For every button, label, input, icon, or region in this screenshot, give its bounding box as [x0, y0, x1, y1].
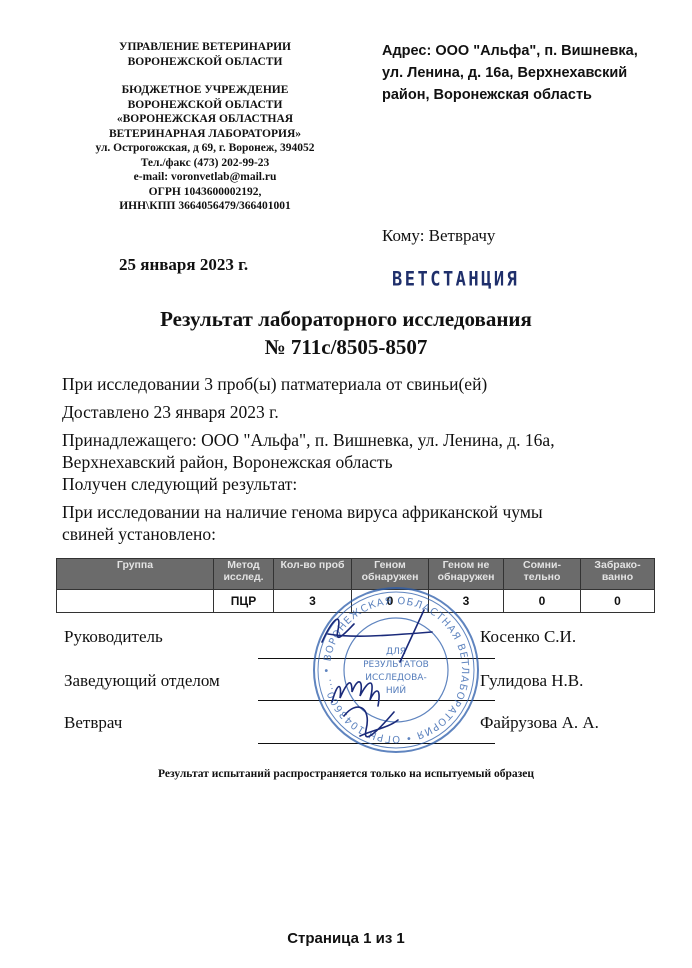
table-cell: 0: [581, 590, 655, 613]
table-cell: 0: [504, 590, 581, 613]
table-cell: ПЦР: [214, 590, 274, 613]
column-header: Забрако-ванно: [581, 559, 655, 590]
recipient-stamp-text: ВЕТСТАНЦИЯ: [392, 268, 519, 291]
issuer-address: ул. Острогожская, д 69, г. Воронеж, 3940…: [60, 141, 350, 156]
svg-text:НИЙ: НИЙ: [386, 684, 406, 696]
body-line: Принадлежащего: ООО "Альфа", п. Вишневка…: [62, 429, 662, 451]
signature-role: Ветврач: [64, 713, 122, 733]
issuer-inn-kpp: ИНН\КПП 3664056479/366401001: [60, 199, 350, 214]
issue-date: 25 января 2023 г.: [119, 255, 248, 275]
recipient-address-line: район, Воронежская область: [382, 84, 672, 106]
signatory-name: Косенко С.И.: [480, 627, 576, 647]
svg-text:ИССЛЕДОВА-: ИССЛЕДОВА-: [365, 673, 426, 683]
column-header: Сомни-тельно: [504, 559, 581, 590]
svg-text:РЕЗУЛЬТАТОВ: РЕЗУЛЬТАТОВ: [363, 660, 429, 670]
signature-role: Руководитель: [64, 627, 163, 647]
page-number: Страница 1 из 1: [0, 930, 692, 947]
issuer-line: УПРАВЛЕНИЕ ВЕТЕРИНАРИИ: [60, 40, 350, 55]
table-cell: [57, 590, 214, 613]
column-header: Группа: [57, 559, 214, 590]
issuer-organization-block: УПРАВЛЕНИЕ ВЕТЕРИНАРИИ ВОРОНЕЖСКОЙ ОБЛАС…: [60, 40, 350, 214]
issuer-email: e-mail: voronvetlab@mail.ru: [60, 170, 350, 185]
title-line: Результат лабораторного исследования: [0, 305, 692, 333]
result-number: № 711с/8505-8507: [0, 333, 692, 361]
body-line: При исследовании на наличие генома вирус…: [62, 501, 662, 523]
signatory-name: Файрузова А. А.: [480, 713, 599, 733]
issuer-phone: Тел./факс (473) 202-99-23: [60, 156, 350, 171]
recipient-address-block: Адрес: ООО "Альфа", п. Вишневка, ул. Лен…: [382, 40, 672, 106]
footnote: Результат испытаний распространяется тол…: [0, 768, 692, 780]
recipient-address-line: Адрес: ООО "Альфа", п. Вишневка,: [382, 40, 672, 62]
issuer-line: «ВОРОНЕЖСКАЯ ОБЛАСТНАЯ: [60, 112, 350, 127]
column-header: Метод исслед.: [214, 559, 274, 590]
issuer-line: ВОРОНЕЖСКОЙ ОБЛАСТИ: [60, 98, 350, 113]
issuer-line: БЮДЖЕТНОЕ УЧРЕЖДЕНИЕ: [60, 83, 350, 98]
body-line: Доставлено 23 января 2023 г.: [62, 401, 662, 423]
recipient-to: Кому: Ветврачу: [382, 226, 495, 246]
body-line: свиней установлено:: [62, 523, 662, 545]
body-line: При исследовании 3 проб(ы) патматериала …: [62, 373, 662, 395]
issuer-ogrn: ОГРН 1043600002192,: [60, 185, 350, 200]
issuer-line: ВЕТЕРИНАРНАЯ ЛАБОРАТОРИЯ»: [60, 127, 350, 142]
body-line: Верхнехавский район, Воронежская область: [62, 451, 662, 473]
body-line: Получен следующий результат:: [62, 473, 662, 495]
document-title: Результат лабораторного исследования № 7…: [0, 305, 692, 361]
recipient-address-line: ул. Ленина, д. 16а, Верхнехавский: [382, 62, 672, 84]
issuer-line: ВОРОНЕЖСКОЙ ОБЛАСТИ: [60, 55, 350, 70]
document-body: При исследовании 3 проб(ы) патматериала …: [62, 373, 662, 545]
signature-role: Заведующий отделом: [64, 671, 220, 691]
signatory-name: Гулидова Н.В.: [480, 671, 583, 691]
official-round-stamp: ВОРОНЕЖСКАЯ ОБЛАСТНАЯ ВЕТЛАБОРАТОРИЯ • О…: [312, 580, 480, 760]
